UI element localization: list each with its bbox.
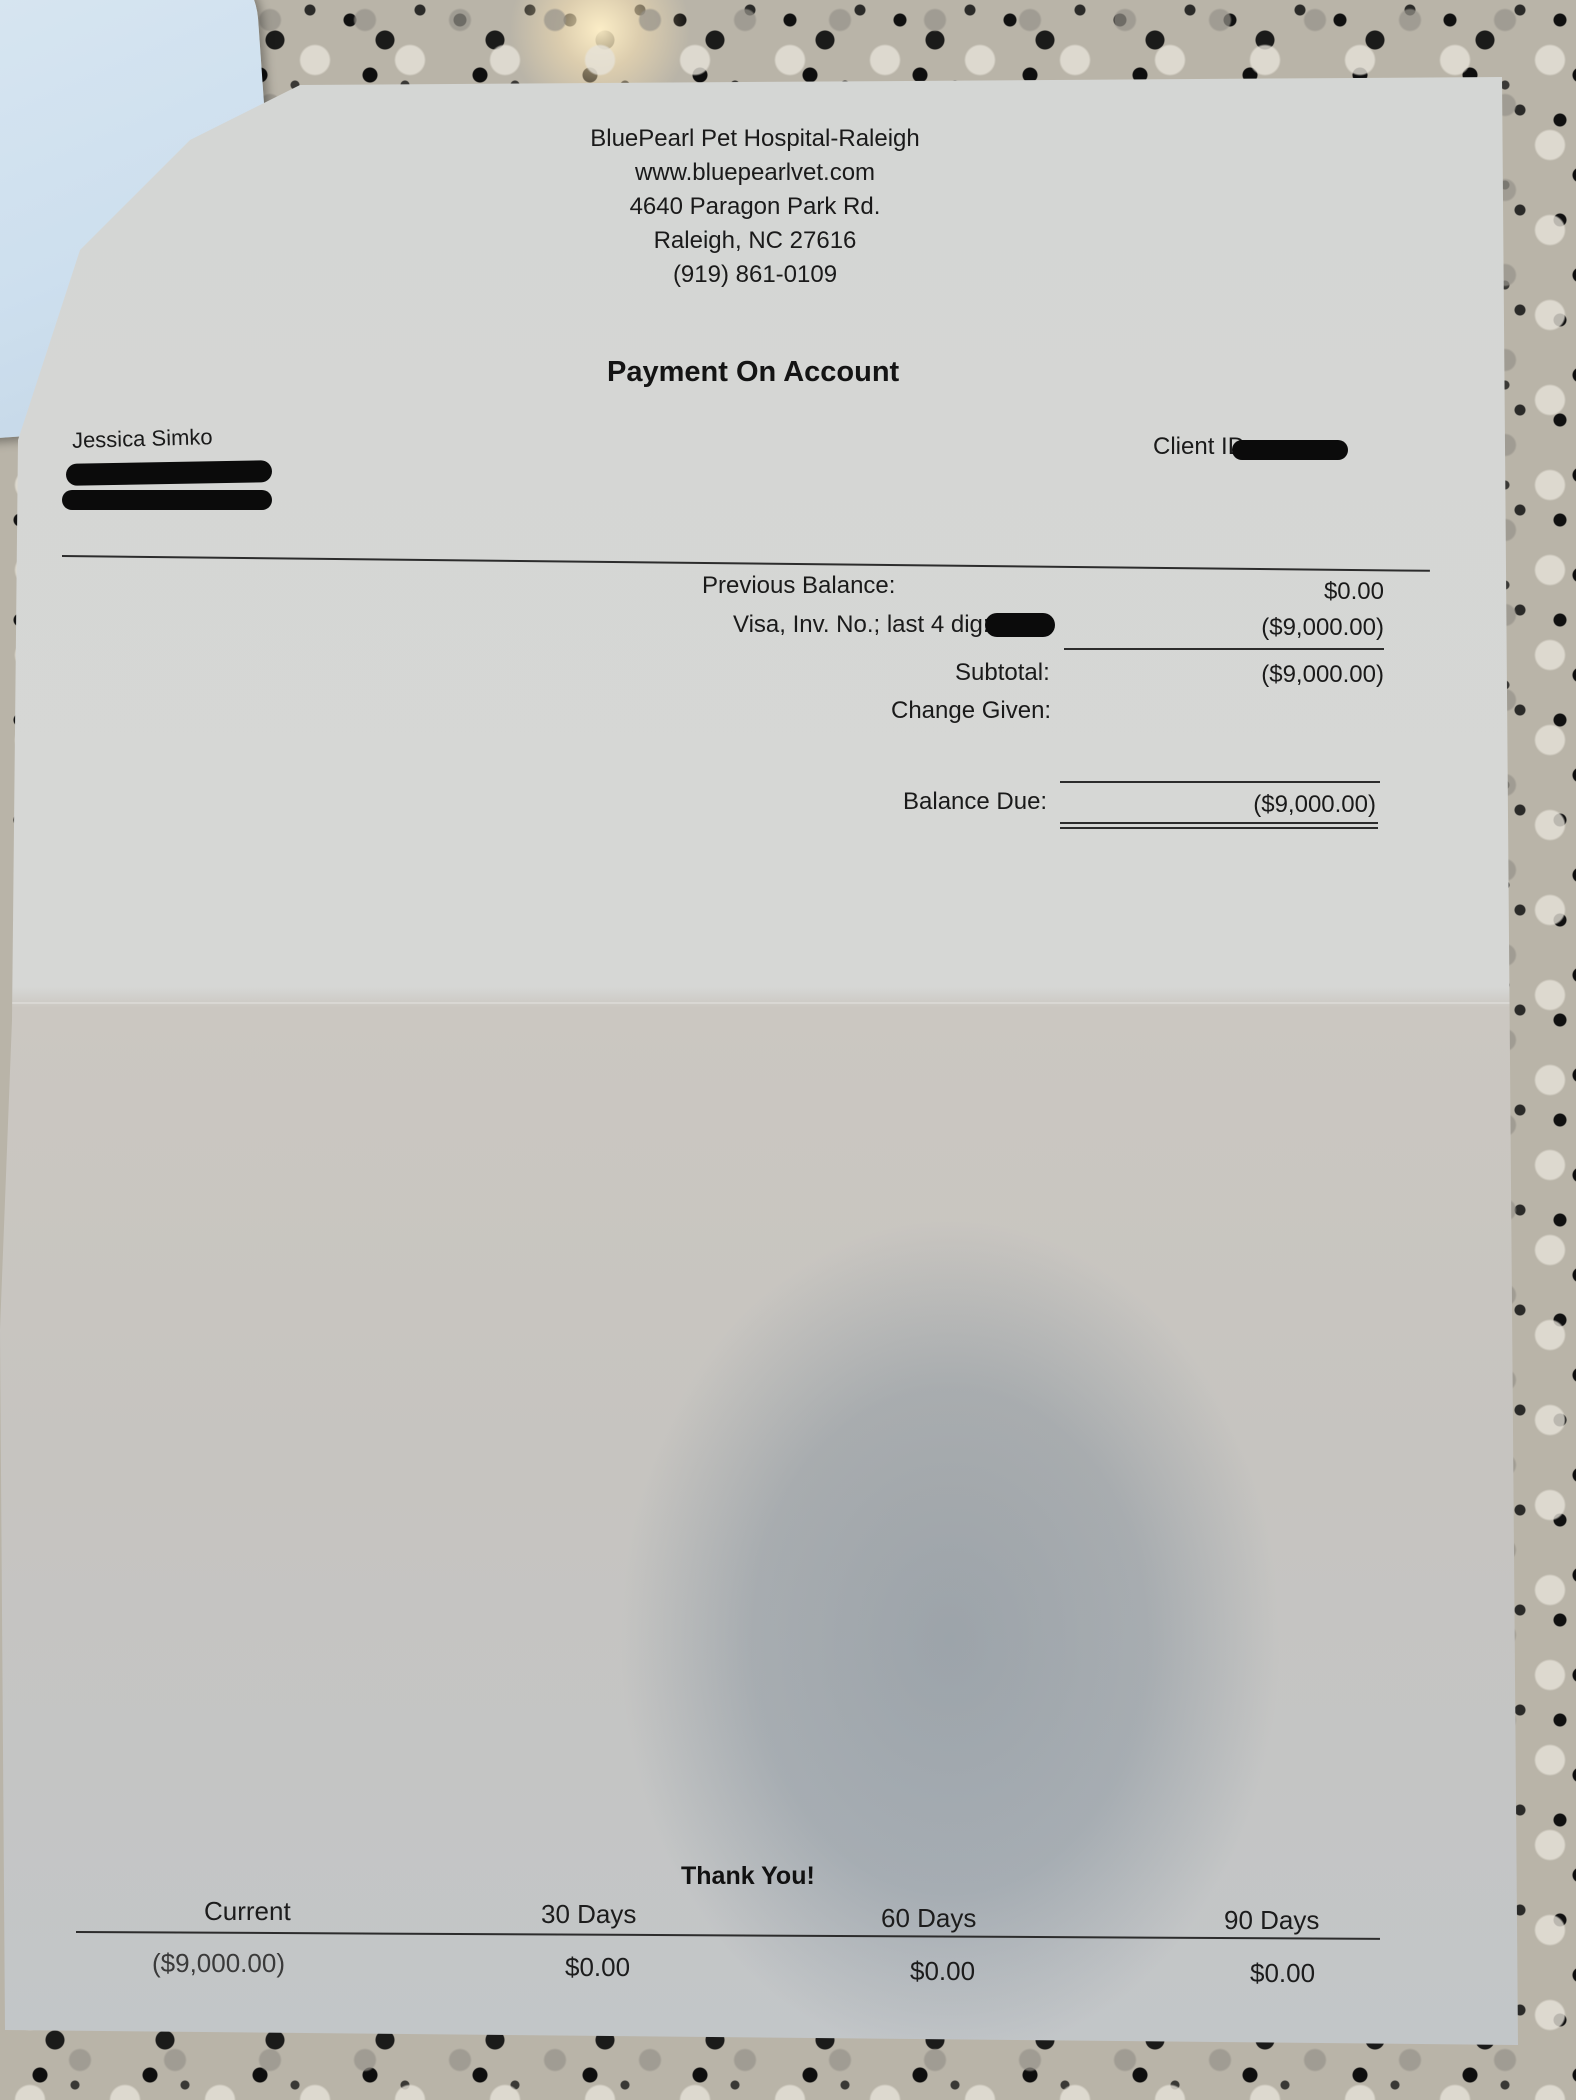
clinic-name: BluePearl Pet Hospital-Raleigh [0,122,1515,156]
clinic-website: www.bluepearlvet.com [0,156,1515,190]
clinic-phone: (919) 861-0109 [0,258,1515,292]
change-given-label: Change Given: [891,697,1051,725]
receipt-paper: BluePearl Pet Hospital-Raleigh www.bluep… [0,0,1576,2100]
aging-current-label: Current [204,1896,291,1927]
previous-balance-label: Previous Balance: [702,572,895,600]
aging-current-value: ($9,000.00) [152,1948,285,1979]
aging-60-value: $0.00 [910,1956,975,1987]
previous-balance-amount: $0.00 [1200,578,1384,606]
subtotal-rule [1064,648,1384,650]
thank-you-text: Thank You! [681,1862,815,1891]
aging-30-value: $0.00 [565,1952,630,1983]
redacted-address-line-2 [62,490,272,510]
aging-90-label: 90 Days [1224,1905,1319,1936]
client-name: Jessica Simko [72,424,213,454]
balance-double-rule-2 [1060,827,1378,829]
subtotal-label: Subtotal: [955,659,1050,687]
document-title: Payment On Account [607,356,899,389]
aging-separator [76,1931,1380,1940]
redacted-address-line-1 [66,460,272,486]
paper-fold-line [0,1002,1576,1004]
header-separator [62,555,1430,572]
balance-rule-top [1060,781,1380,783]
balance-due-label: Balance Due: [903,788,1047,816]
payment-amount: ($9,000.00) [1200,614,1384,642]
payment-label: Visa, Inv. No.; last 4 dig: [733,611,990,639]
clinic-street: 4640 Paragon Park Rd. [0,190,1515,224]
aging-60-label: 60 Days [881,1903,976,1934]
aging-30-label: 30 Days [541,1899,636,1930]
redacted-client-id [1232,440,1348,460]
balance-due-amount: ($9,000.00) [1196,791,1376,819]
clinic-city: Raleigh, NC 27616 [0,224,1515,258]
clinic-header: BluePearl Pet Hospital-Raleigh www.bluep… [0,122,1515,292]
subtotal-amount: ($9,000.00) [1200,661,1384,689]
aging-90-value: $0.00 [1250,1958,1315,1989]
redacted-card-digits [985,613,1055,637]
balance-double-rule-1 [1060,822,1378,824]
